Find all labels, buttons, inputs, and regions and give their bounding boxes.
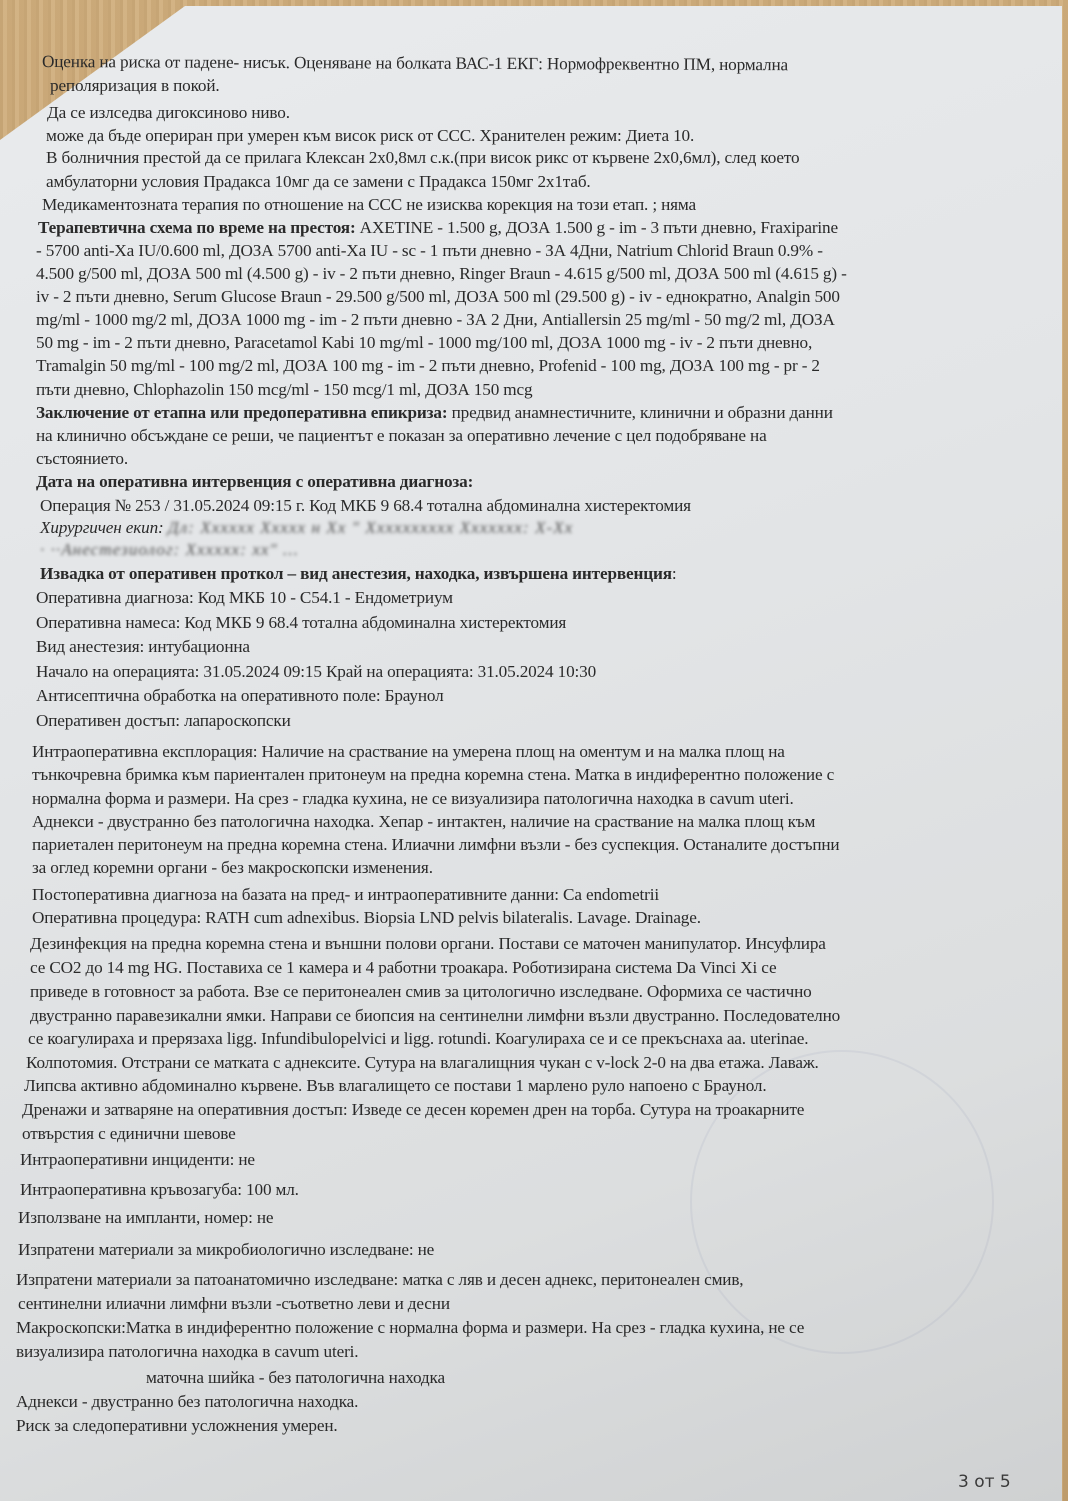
conclusion-line-0: Заключение от етапна или предоперативна … (36, 403, 833, 423)
therapy-heading: Терапевтична схема по време на престоя: (38, 218, 356, 237)
exploration-line-5: за оглед коремни органи - без макроскопс… (32, 858, 433, 878)
therapy-line-0: Терапевтична схема по време на престоя: … (38, 218, 838, 238)
operative-diagnosis: Оперативна диагноза: Код МКБ 10 - C54.1 … (36, 588, 453, 608)
operability-line: може да бъде опериран при умерен към вис… (46, 126, 694, 146)
procedure-line-1: се CO2 до 14 mg HG. Поставиха се 1 камер… (30, 958, 776, 978)
digoxin-line: Да се излседва дигоксиново ниво. (47, 103, 290, 123)
repolarization-line: реполяризация в покой. (50, 76, 220, 96)
pathology-line-1: сентинелни илиачни лимфни възли -съответ… (18, 1294, 450, 1314)
anesthesiologist-line: · ··Анестезиолог: Хххххх: хх" ... (40, 540, 299, 560)
protocol-heading: Извадка от оперативен проткол – вид анес… (40, 564, 677, 584)
operative-intervention: Оперативна намеса: Код МКБ 9 68.4 тоталн… (36, 613, 566, 633)
postop-diagnosis: Постоперативна диагноза на базата на пре… (32, 885, 659, 905)
operation-date-heading: Дата на оперативна интервенция с операти… (36, 472, 473, 492)
exploration-line-1: тънкочревна бримка към париентален прито… (32, 765, 834, 785)
exploration-line-0: Интраоперативна експлорация: Наличие на … (32, 742, 785, 762)
macroscopic-line-2: маточна шийка - без патологична находка (146, 1368, 445, 1388)
procedure-line-6: Липсва активно абдоминално кървене. Във … (24, 1076, 767, 1096)
pathology-line-0: Изпратени материали за патоанатомично из… (16, 1270, 743, 1290)
protocol-heading-colon: : (672, 564, 677, 583)
procedure-line-2: приведе в готовност за работа. Взе се пе… (30, 982, 812, 1002)
therapy-line-7: пъти дневно, Chlophazolin 150 mcg/ml - 1… (36, 380, 532, 400)
medication-therapy-line: Медикаментозната терапия по отношение на… (42, 195, 696, 215)
surgical-team-label: Хирургичен екип: (40, 518, 164, 537)
drainage-line-0: Дренажи и затваряне на оперативния достъ… (22, 1100, 804, 1120)
postop-risk: Риск за следоперативни усложнения умерен… (16, 1416, 338, 1436)
therapy-line-3: iv - 2 пъти дневно, Serum Glucose Braun … (36, 287, 840, 307)
microbiology-materials: Изпратени материали за микробиологично и… (18, 1240, 434, 1260)
conclusion-line-1: на клинично обсъждане се реши, че пациен… (36, 426, 767, 446)
clexane-line: В болничния престой да се прилага Клекса… (46, 148, 799, 168)
conclusion-text: предвид анамнестичните, клинични и образ… (447, 403, 832, 422)
redacted-anesthesiologist: · ··Анестезиолог: Хххххх: хх" ... (40, 540, 299, 559)
intraop-blood-loss: Интраоперативна кръвозагуба: 100 мл. (20, 1180, 299, 1200)
therapy-line-6: Tramalgin 50 mg/ml - 100 mg/2 ml, ДОЗА 1… (36, 356, 820, 376)
therapy-text: AXETINE - 1.500 g, ДОЗА 1.500 g - im - 3… (356, 218, 838, 237)
pradaxa-line: амбулаторни условия Прадакса 10мг да се … (46, 172, 591, 192)
operation-times: Начало на операцията: 31.05.2024 09:15 К… (36, 662, 596, 682)
page-number: 3 от 5 (958, 1472, 1011, 1492)
procedure-line-3: двустранно паравезикални ямки. Направи с… (30, 1006, 840, 1026)
operative-access: Оперативен достъп: лапароскопски (36, 711, 291, 731)
anesthesia-type: Вид анестезия: интубационна (36, 637, 250, 657)
procedure-line-5: Колпотомия. Отстрани се матката с аднекс… (26, 1053, 819, 1073)
surgical-team-line: Хирургичен екип: Дл: Хххххх Ххххх н Хх "… (40, 518, 573, 538)
procedure-line-4: се коагулираха и прерязаха ligg. Infundi… (28, 1029, 808, 1049)
conclusion-line-2: състоянието. (36, 449, 128, 469)
therapy-line-4: mg/ml - 1000 mg/2 ml, ДОЗА 1000 mg - im … (36, 310, 835, 330)
macroscopic-line-0: Макроскопски:Матка в индиферентно положе… (16, 1318, 804, 1338)
conclusion-heading: Заключение от етапна или предоперативна … (36, 403, 447, 422)
drainage-line-1: отвърстия с единични шевове (22, 1124, 236, 1144)
therapy-line-5: 50 mg - im - 2 пъти дневно, Paracetamol … (36, 333, 812, 353)
redacted-surgeon-names: Дл: Хххххх Ххххх н Хх " Хххххххххх Ххххх… (168, 518, 574, 537)
exploration-line-2: нормална форма и размери. На срез - глад… (32, 789, 794, 809)
macroscopic-line-3: Аднекси - двустранно без патологична нах… (16, 1392, 358, 1412)
procedure-line-0: Дезинфекция на предна коремна стена и въ… (30, 934, 826, 954)
protocol-heading-text: Извадка от оперативен проткол – вид анес… (40, 564, 672, 583)
operation-number-line: Операция № 253 / 31.05.2024 09:15 г. Код… (40, 496, 691, 516)
therapy-line-1: - 5700 anti-Xa IU/0.600 ml, ДОЗА 5700 an… (36, 241, 823, 261)
intraop-incidents: Интраоперативни инциденти: не (20, 1150, 255, 1170)
macroscopic-line-1: визуализира патологична находка в cavum … (16, 1342, 358, 1362)
exploration-line-4: париетален перитонеум на предна коремна … (32, 835, 839, 855)
exploration-line-3: Аднекси - двустранно без патологична нах… (32, 812, 815, 832)
implants-usage: Използване на импланти, номер: не (18, 1208, 273, 1228)
antiseptic-treatment: Антисептична обработка на оперативното п… (36, 686, 444, 706)
therapy-line-2: 4.500 g/500 ml, ДОЗА 500 ml (4.500 g) - … (36, 264, 847, 284)
fall-risk-line: Оценка на риска от падене- нисък. Оценяв… (42, 52, 788, 75)
operative-procedure: Оперативна процедура: RATH cum adnexibus… (32, 908, 701, 928)
